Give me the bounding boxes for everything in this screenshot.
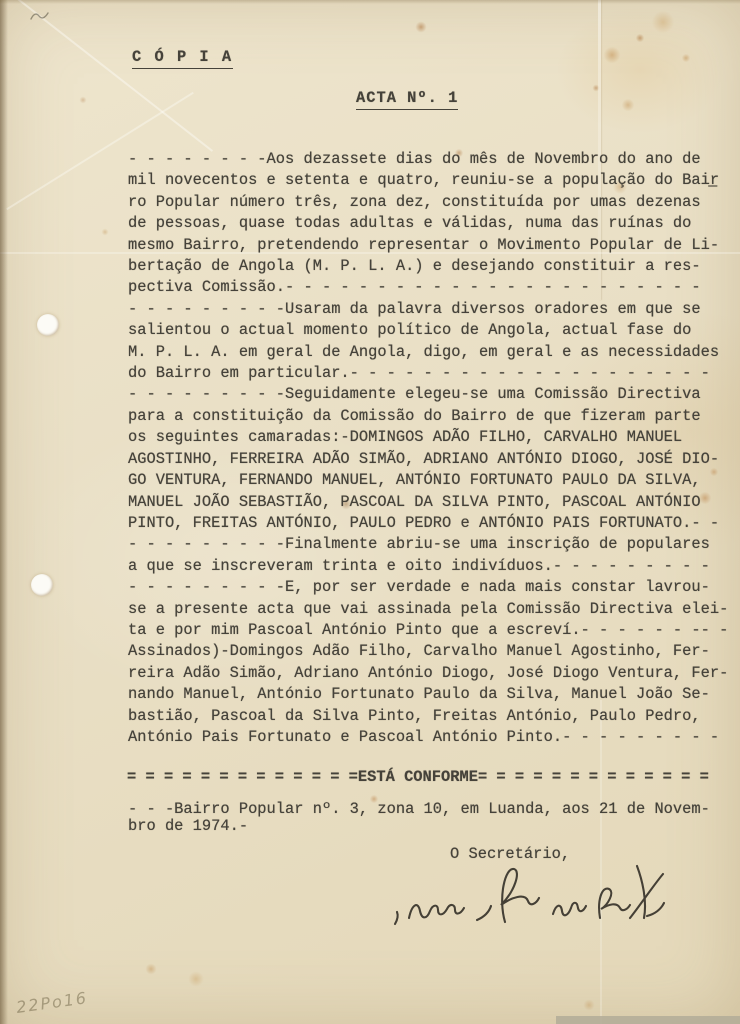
document-line: bastião, Pascoal da Silva Pinto, Freitas… [128,706,728,727]
signature-handwritten [385,852,675,947]
copy-label: C Ó P I A [132,48,233,69]
document-line: mesmo Bairro, pretendendo representar o … [128,235,728,256]
document-line: reira Adão Simão, Adriano António Diogo,… [128,663,728,684]
document-line: bertação de Angola (M. P. L. A.) e desej… [128,256,728,277]
document-line: mil novecentos e setenta e quatro, reuni… [128,170,728,191]
scanned-document-page: C Ó P I A ACTA Nº. 1 - - - - - - - -Aos … [0,0,740,1024]
date-block: - - -Bairro Popular nº. 3, zona 10, em L… [128,801,710,834]
document-line: GO VENTURA, FERNANDO MANUEL, ANTÓNIO FOR… [128,470,728,491]
document-line: ta e por mim Pascoal António Pinto que a… [128,620,728,641]
document-body: - - - - - - - -Aos dezassete dias do mês… [128,149,728,748]
document-title: ACTA Nº. 1 [356,89,458,110]
document-line: para a constituição da Comissão do Bairr… [128,406,728,427]
fold-crease [7,0,213,152]
document-line: - - -Bairro Popular nº. 3, zona 10, em L… [128,801,710,818]
document-line: MANUEL JOÃO SEBASTIÃO, PASCOAL DA SILVA … [128,492,728,513]
document-line: - - - - - - - - -E, por ser verdade e na… [128,577,728,598]
document-line: Assinados)-Domingos Adão Filho, Carvalho… [128,641,728,662]
document-line: bro de 1974.- [128,818,710,835]
scan-edge [556,1016,740,1024]
document-line: - - - - - - - - -Usaram da palavra diver… [128,299,728,320]
document-line: nando Manuel, António Fortunato Paulo da… [128,684,728,705]
punch-hole [37,314,59,336]
document-line: pectiva Comissão.- - - - - - - - - - - -… [128,277,728,298]
document-line: - - - - - - - - -Finalmente abriu-se uma… [128,534,728,555]
conforme-line: = = = = = = = = = = = = =ESTÁ CONFORME= … [127,768,709,786]
document-line: ro Popular número três, zona dez, consti… [128,192,728,213]
document-line: - - - - - - - - -Seguidamente elegeu-se … [128,384,728,405]
document-line: salientou o actual momento político de A… [128,320,728,341]
document-line: António Pais Fortunato e Pascoal António… [128,727,728,748]
scan-edge [0,0,740,4]
scan-edge [0,0,8,1024]
pencil-mark [30,10,50,22]
document-line: se a presente acta que vai assinada pela… [128,599,728,620]
document-line: de pessoas, quase todas adultas e válida… [128,213,728,234]
document-line: a que se inscreveram trinta e oito indiv… [128,556,728,577]
document-line: M. P. L. A. em geral de Angola, digo, em… [128,342,728,363]
document-line: - - - - - - - -Aos dezassete dias do mês… [128,149,728,170]
document-line: os seguintes camaradas:-DOMINGOS ADÃO FI… [128,427,728,448]
punch-hole [31,574,53,596]
pencil-annotation: 22Po16 [15,988,89,1017]
document-line: do Bairro em particular.- - - - - - - - … [128,363,728,384]
document-line: AGOSTINHO, FERREIRA ADÃO SIMÃO, ADRIANO … [128,449,728,470]
document-line: PINTO, FREITAS ANTÓNIO, PAULO PEDRO e AN… [128,513,728,534]
